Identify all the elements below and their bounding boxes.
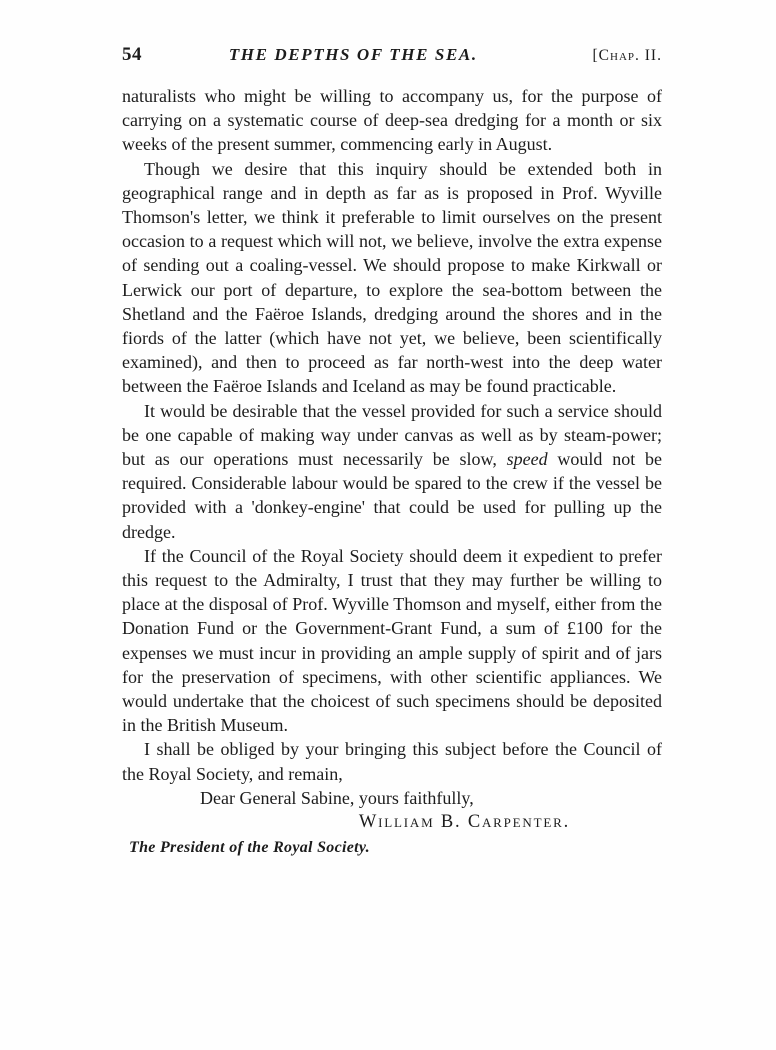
- paragraph-4: If the Council of the Royal Society shou…: [122, 544, 662, 738]
- paragraph-2: Though we desire that this inquiry shoul…: [122, 157, 662, 399]
- paragraph-5: I shall be obliged by your bringing this…: [122, 737, 662, 785]
- text-run: Though we desire that this inquiry shoul…: [122, 159, 662, 397]
- paragraph-1: naturalists who might be willing to acco…: [122, 84, 662, 157]
- chapter-marker: [Chap. II.: [593, 47, 662, 65]
- paragraph-3: It would be desirable that the vessel pr…: [122, 399, 662, 544]
- page-header: 54 THE DEPTHS OF THE SEA. [Chap. II.: [122, 44, 662, 66]
- signature-attribution: The President of the Royal Society.: [129, 836, 662, 860]
- closing-block: Dear General Sabine, yours faithfully, W…: [122, 786, 662, 861]
- text-run: naturalists who might be willing to acco…: [122, 86, 662, 154]
- book-page: 54 THE DEPTHS OF THE SEA. [Chap. II. nat…: [0, 0, 776, 1050]
- text-block: naturalists who might be willing to acco…: [122, 84, 662, 861]
- running-title: THE DEPTHS OF THE SEA.: [229, 45, 478, 65]
- body-text: naturalists who might be willing to acco…: [122, 84, 662, 786]
- italic-text-run: speed: [507, 449, 548, 469]
- text-run: I shall be obliged by your bringing this…: [122, 739, 662, 783]
- signature-name: William B. Carpenter.: [122, 810, 662, 834]
- closing-salutation: Dear General Sabine, yours faithfully,: [122, 786, 662, 810]
- page-number: 54: [122, 44, 142, 66]
- text-run: If the Council of the Royal Society shou…: [122, 546, 662, 735]
